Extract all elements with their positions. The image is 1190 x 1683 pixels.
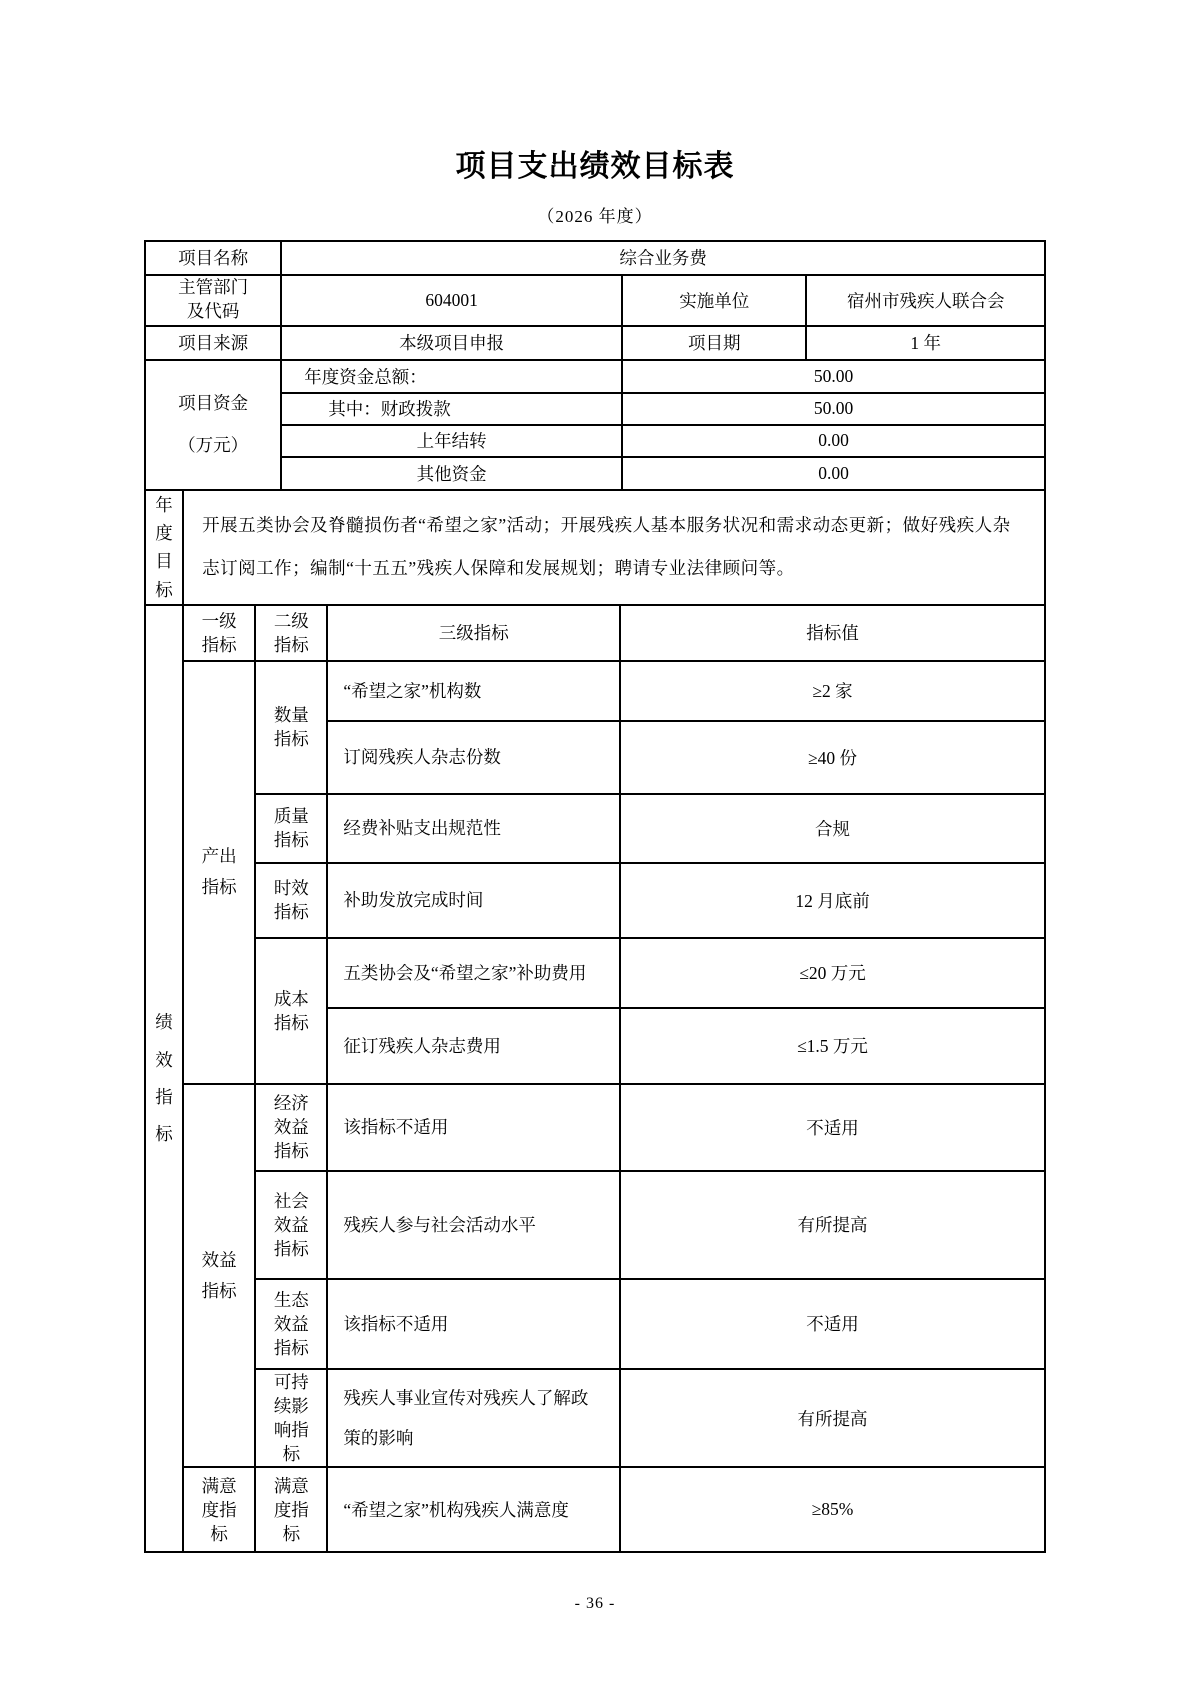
- table-row: 效益指标 经济效益指标 该指标不适用 不适用: [145, 1084, 1045, 1171]
- table-row: 时效指标 补助发放完成时间 12 月底前: [145, 863, 1045, 938]
- table-row: 产出指标 数量指标 “希望之家”机构数 ≥2 家: [145, 661, 1045, 721]
- level1-satisfaction: 满意度指标: [183, 1467, 255, 1552]
- fund-total-label: 年度资金总额：: [281, 360, 622, 393]
- metric-cell: 该指标不适用: [327, 1279, 620, 1369]
- annual-goal-text: 开展五类协会及脊髓损伤者“希望之家”活动；开展残疾人基本服务状况和需求动态更新；…: [183, 490, 1045, 605]
- fund-total-value: 50.00: [622, 360, 1045, 393]
- table-row: 生态效益指标 该指标不适用 不适用: [145, 1279, 1045, 1369]
- project-name-value: 综合业务费: [281, 241, 1045, 275]
- project-period-label: 项目期: [622, 326, 806, 360]
- header-value: 指标值: [620, 605, 1045, 661]
- metric-cell: “希望之家”机构残疾人满意度: [327, 1467, 620, 1552]
- header-level3: 三级指标: [327, 605, 620, 661]
- fund-fiscal-value: 50.00: [622, 393, 1045, 425]
- level2-cost: 成本指标: [255, 938, 327, 1084]
- page-subtitle: （2026 年度）: [0, 202, 1190, 227]
- page-title: 项目支出绩效目标表: [0, 0, 1190, 186]
- indicators-side-label: 绩效指标: [145, 605, 183, 1553]
- level2-quantity: 数量指标: [255, 661, 327, 794]
- metric-cell: 五类协会及“希望之家”补助费用: [327, 938, 620, 1008]
- value-cell: 有所提高: [620, 1171, 1045, 1279]
- value-cell: 不适用: [620, 1279, 1045, 1369]
- metric-cell: 补助发放完成时间: [327, 863, 620, 938]
- metric-cell: “希望之家”机构数: [327, 661, 620, 721]
- indicators-table: 绩效指标 一级指标 二级指标 三级指标 指标值 产出指标 数量指标 “希望之家”…: [144, 604, 1046, 1554]
- annual-goal-table: 年度目标 开展五类协会及脊髓损伤者“希望之家”活动；开展残疾人基本服务状况和需求…: [144, 489, 1046, 606]
- level2-sustainability: 可持续影响指标: [255, 1369, 327, 1468]
- value-cell: 有所提高: [620, 1369, 1045, 1468]
- fund-other-value: 0.00: [622, 457, 1045, 490]
- value-cell: ≤20 万元: [620, 938, 1045, 1008]
- dept-label: 主管部门 及代码: [145, 275, 281, 326]
- value-cell: ≤1.5 万元: [620, 1008, 1045, 1084]
- metric-cell: 经费补贴支出规范性: [327, 794, 620, 863]
- value-cell: 12 月底前: [620, 863, 1045, 938]
- header-level2: 二级指标: [255, 605, 327, 661]
- impl-unit-label: 实施单位: [622, 275, 806, 326]
- value-cell: 不适用: [620, 1084, 1045, 1171]
- fund-other-label: 其他资金: [281, 457, 622, 490]
- level2-social: 社会效益指标: [255, 1171, 327, 1279]
- table-row: 质量指标 经费补贴支出规范性 合规: [145, 794, 1045, 863]
- annual-goal-label: 年度目标: [145, 490, 183, 605]
- project-period-value: 1 年: [806, 326, 1045, 360]
- fund-label: 项目资金 （万元）: [145, 360, 281, 490]
- value-cell: ≥40 份: [620, 721, 1045, 794]
- header-level1: 一级指标: [183, 605, 255, 661]
- level2-economic: 经济效益指标: [255, 1084, 327, 1171]
- level1-benefit: 效益指标: [183, 1084, 255, 1468]
- value-cell: 合规: [620, 794, 1045, 863]
- page-number: - 36 -: [0, 1595, 1190, 1613]
- level2-timeliness: 时效指标: [255, 863, 327, 938]
- metric-cell: 残疾人参与社会活动水平: [327, 1171, 620, 1279]
- value-cell: ≥85%: [620, 1467, 1045, 1552]
- metric-cell: 征订残疾人杂志费用: [327, 1008, 620, 1084]
- level1-output: 产出指标: [183, 661, 255, 1084]
- indicators-side-label-text: 绩效指标: [154, 1004, 174, 1152]
- metric-cell: 订阅残疾人杂志份数: [327, 721, 620, 794]
- project-source-value: 本级项目申报: [281, 326, 622, 360]
- project-info-table: 项目名称 综合业务费 主管部门 及代码 604001 实施单位 宿州市残疾人联合…: [144, 240, 1046, 491]
- level2-satisfaction: 满意度指标: [255, 1467, 327, 1552]
- table-row: 可持续影响指标 残疾人事业宣传对残疾人了解政策的影响 有所提高: [145, 1369, 1045, 1468]
- metric-cell: 该指标不适用: [327, 1084, 620, 1171]
- level2-ecological: 生态效益指标: [255, 1279, 327, 1369]
- document-page: 项目支出绩效目标表 （2026 年度） 项目名称 综合业务费 主管部门 及代码 …: [0, 0, 1190, 1683]
- annual-goal-label-text: 年度目标: [154, 491, 174, 604]
- dept-code-value: 604001: [281, 275, 622, 326]
- table-row: 成本指标 五类协会及“希望之家”补助费用 ≤20 万元: [145, 938, 1045, 1008]
- impl-unit-value: 宿州市残疾人联合会: [806, 275, 1045, 326]
- fund-carryover-label: 上年结转: [281, 425, 622, 457]
- table-row: 社会效益指标 残疾人参与社会活动水平 有所提高: [145, 1171, 1045, 1279]
- level2-quality: 质量指标: [255, 794, 327, 863]
- metric-cell: 残疾人事业宣传对残疾人了解政策的影响: [327, 1369, 620, 1468]
- project-name-label: 项目名称: [145, 241, 281, 275]
- project-source-label: 项目来源: [145, 326, 281, 360]
- value-cell: ≥2 家: [620, 661, 1045, 721]
- fund-fiscal-label: 其中：财政拨款: [281, 393, 622, 425]
- fund-carryover-value: 0.00: [622, 425, 1045, 457]
- table-row: 满意度指标 满意度指标 “希望之家”机构残疾人满意度 ≥85%: [145, 1467, 1045, 1552]
